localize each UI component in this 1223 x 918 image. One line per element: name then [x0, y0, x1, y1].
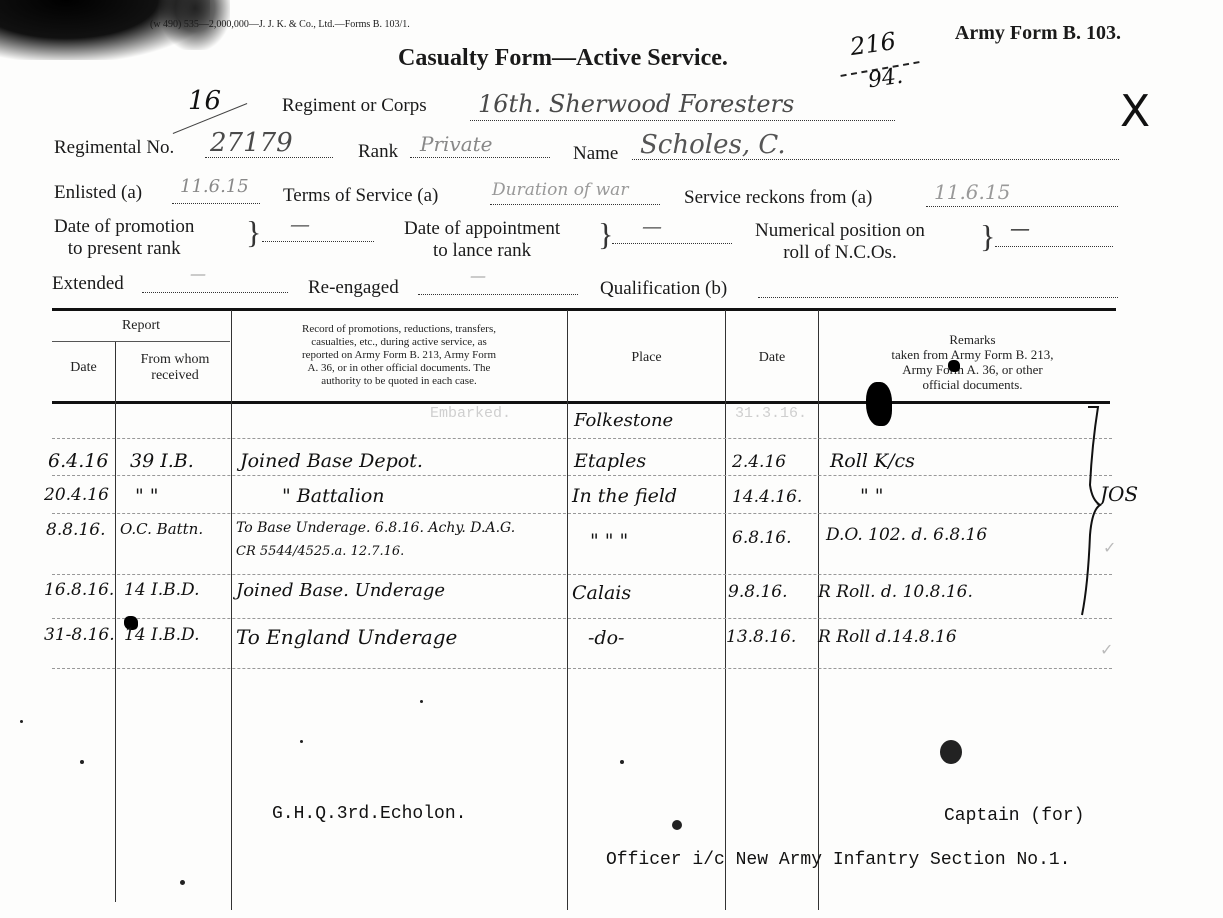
row-guide: [52, 513, 1112, 514]
stamp-officer: Officer i/c New Army Infantry Section No…: [606, 850, 1070, 870]
check-mark-icon: ✓: [1100, 640, 1113, 659]
row-date2: 2.4.16: [732, 452, 786, 472]
header-record-line: reported on Army Form B. 213, Army Form: [236, 349, 562, 362]
check-mark-icon: ✓: [1103, 538, 1116, 557]
enlisted-label: Enlisted (a): [54, 182, 142, 204]
row-from: 39 I.B.: [130, 450, 194, 472]
header-record-line: Record of promotions, reductions, transf…: [236, 323, 562, 336]
promotion-label-line2: to present rank: [54, 238, 194, 260]
appointment-label: Date of appointment to lance rank: [404, 218, 560, 262]
row-place: Calais: [572, 582, 631, 604]
row-date2: 6.8.16.: [732, 528, 791, 548]
side-initials: JOS: [1100, 482, 1138, 506]
printer-line: (w 490) 535—2,000,000—J. J. K. & Co., Lt…: [150, 19, 410, 30]
ink-spot: [672, 820, 682, 830]
row-guide: [52, 668, 1112, 669]
row-record: To England Underage: [236, 625, 457, 649]
brace-icon: }: [980, 218, 995, 255]
stamp-date: 31.3.16.: [735, 405, 807, 422]
row-date: 31-8.16.: [44, 625, 115, 645]
row-place: Etaples: [574, 450, 646, 472]
numerical-position-label: Numerical position on roll of N.C.Os.: [755, 220, 925, 264]
row-date: 16.8.16.: [44, 580, 114, 600]
ink-blot: [948, 360, 960, 372]
cross-mark: X: [1120, 86, 1150, 137]
numerical-label-line2: roll of N.C.Os.: [755, 242, 925, 264]
page-title: Casualty Form—Active Service.: [398, 45, 728, 72]
row-date: 6.4.16: [48, 450, 108, 472]
row-remarks: R Roll d.14.8.16: [818, 627, 957, 647]
row-guide: [52, 438, 1112, 439]
row-guide: [52, 618, 1112, 619]
reference-number-top: 216: [848, 27, 897, 61]
report-subrule: [52, 341, 230, 342]
column-divider: [818, 310, 819, 910]
row-record-line2: CR 5544/4525.a. 12.7.16.: [236, 544, 404, 559]
regiment-label: Regiment or Corps: [282, 95, 427, 117]
terms-of-service-value: Duration of war: [492, 180, 628, 200]
ink-spot: [180, 880, 185, 885]
extended-field: [142, 270, 288, 293]
row-date2: 9.8.16.: [728, 582, 787, 602]
table-top-rule: [52, 308, 1116, 311]
regimental-no-label: Regimental No.: [54, 137, 174, 159]
ink-spot: [300, 740, 303, 743]
header-record-line: A. 36, or in other official documents. T…: [236, 362, 562, 375]
qualification-field: [758, 275, 1118, 298]
row-record: Joined Base Depot.: [240, 450, 423, 472]
service-reckons-label: Service reckons from (a): [684, 187, 872, 209]
row-from: 14 I.B.D.: [124, 625, 199, 645]
ink-spot: [80, 760, 84, 764]
header-place: Place: [568, 350, 725, 366]
header-remarks-line: Army Form A. 36, or other: [830, 362, 1115, 377]
battalion-mark: 16: [188, 86, 221, 116]
column-divider: [725, 310, 726, 910]
ink-blot: [866, 382, 892, 426]
row-place: In the field: [572, 485, 677, 507]
row-date: 20.4.16: [44, 485, 109, 505]
promotion-value: —: [290, 212, 310, 236]
ink-spot: [940, 740, 962, 764]
header-record-line: authority to be quoted in each case.: [236, 375, 562, 388]
enlisted-value: 11.6.15: [180, 176, 249, 197]
regimental-no-value: 27179: [210, 128, 293, 158]
column-divider: [567, 310, 568, 910]
row-remarks: D.O. 102. d. 6.8.16: [826, 525, 987, 545]
appointment-field: [612, 221, 732, 244]
promotion-label-line1: Date of promotion: [54, 216, 194, 238]
regiment-value: 16th. Sherwood Foresters: [478, 90, 794, 118]
appointment-label-line2: to lance rank: [404, 240, 560, 262]
extended-label: Extended: [52, 273, 124, 295]
header-record: Record of promotions, reductions, transf…: [236, 323, 562, 388]
reengaged-value: —: [470, 266, 486, 285]
extended-value: —: [190, 264, 206, 283]
numerical-label-line1: Numerical position on: [755, 220, 925, 242]
ink-spot: [620, 760, 624, 764]
service-reckons-value: 11.6.15: [934, 180, 1010, 204]
form-number: Army Form B. 103.: [955, 22, 1121, 45]
header-date2: Date: [726, 350, 818, 366]
ink-spot: [20, 720, 23, 723]
row-guide: [52, 475, 1112, 476]
stamp-record: Embarked.: [430, 405, 511, 422]
row-remarks: R Roll. d. 10.8.16.: [818, 582, 973, 602]
header-remarks-title: Remarks: [830, 332, 1115, 347]
reengaged-field: [418, 272, 578, 295]
column-divider: [115, 342, 116, 902]
row-guide: [52, 574, 1112, 575]
name-label: Name: [573, 143, 618, 165]
row-from: O.C. Battn.: [120, 520, 203, 538]
stamp-ghq: G.H.Q.3rd.Echolon.: [272, 804, 466, 824]
header-remarks-line: taken from Army Form B. 213,: [830, 347, 1115, 362]
row-record: Joined Base. Underage: [236, 580, 445, 601]
stamp-captain: Captain (for): [944, 806, 1084, 826]
header-report: Report: [52, 318, 230, 334]
bracket-mark-icon: [1080, 405, 1120, 625]
ink-spot: [420, 700, 423, 703]
name-value: Scholes, C.: [640, 130, 786, 160]
appointment-label-line1: Date of appointment: [404, 218, 560, 240]
brace-icon: }: [246, 214, 261, 251]
qualification-label: Qualification (b): [600, 278, 727, 300]
header-record-line: casualties, etc., during active service,…: [236, 336, 562, 349]
promotion-field: [262, 219, 374, 242]
rank-label: Rank: [358, 141, 398, 163]
row-record: " Battalion: [282, 485, 385, 507]
row-from: 14 I.B.D.: [124, 580, 199, 600]
stamp-place: Folkestone: [574, 410, 673, 431]
row-date2: 14.4.16.: [732, 487, 802, 507]
column-divider: [231, 310, 232, 910]
reference-number-bottom: 94.: [866, 64, 904, 94]
reengaged-label: Re-engaged: [308, 277, 399, 299]
table-header-rule: [52, 401, 1110, 404]
row-date: 8.8.16.: [46, 520, 105, 540]
terms-of-service-label: Terms of Service (a): [283, 185, 438, 207]
casualty-form-page: (w 490) 535—2,000,000—J. J. K. & Co., Lt…: [0, 0, 1223, 918]
row-from: " ": [135, 485, 159, 507]
header-from-whom: From whom received: [125, 352, 225, 384]
numerical-position-value: —: [1010, 216, 1030, 240]
row-date2: 13.8.16.: [726, 627, 796, 647]
promotion-label: Date of promotion to present rank: [54, 216, 194, 260]
rank-value: Private: [420, 132, 493, 156]
row-place: -do-: [588, 627, 624, 649]
header-date: Date: [52, 360, 115, 376]
row-remarks: Roll K/cs: [830, 450, 915, 472]
appointment-value: —: [642, 214, 662, 238]
row-record: To Base Underage. 6.8.16. Achy. D.A.G.: [236, 520, 515, 536]
row-place: " " ": [590, 530, 628, 552]
row-remarks: " ": [860, 485, 884, 507]
